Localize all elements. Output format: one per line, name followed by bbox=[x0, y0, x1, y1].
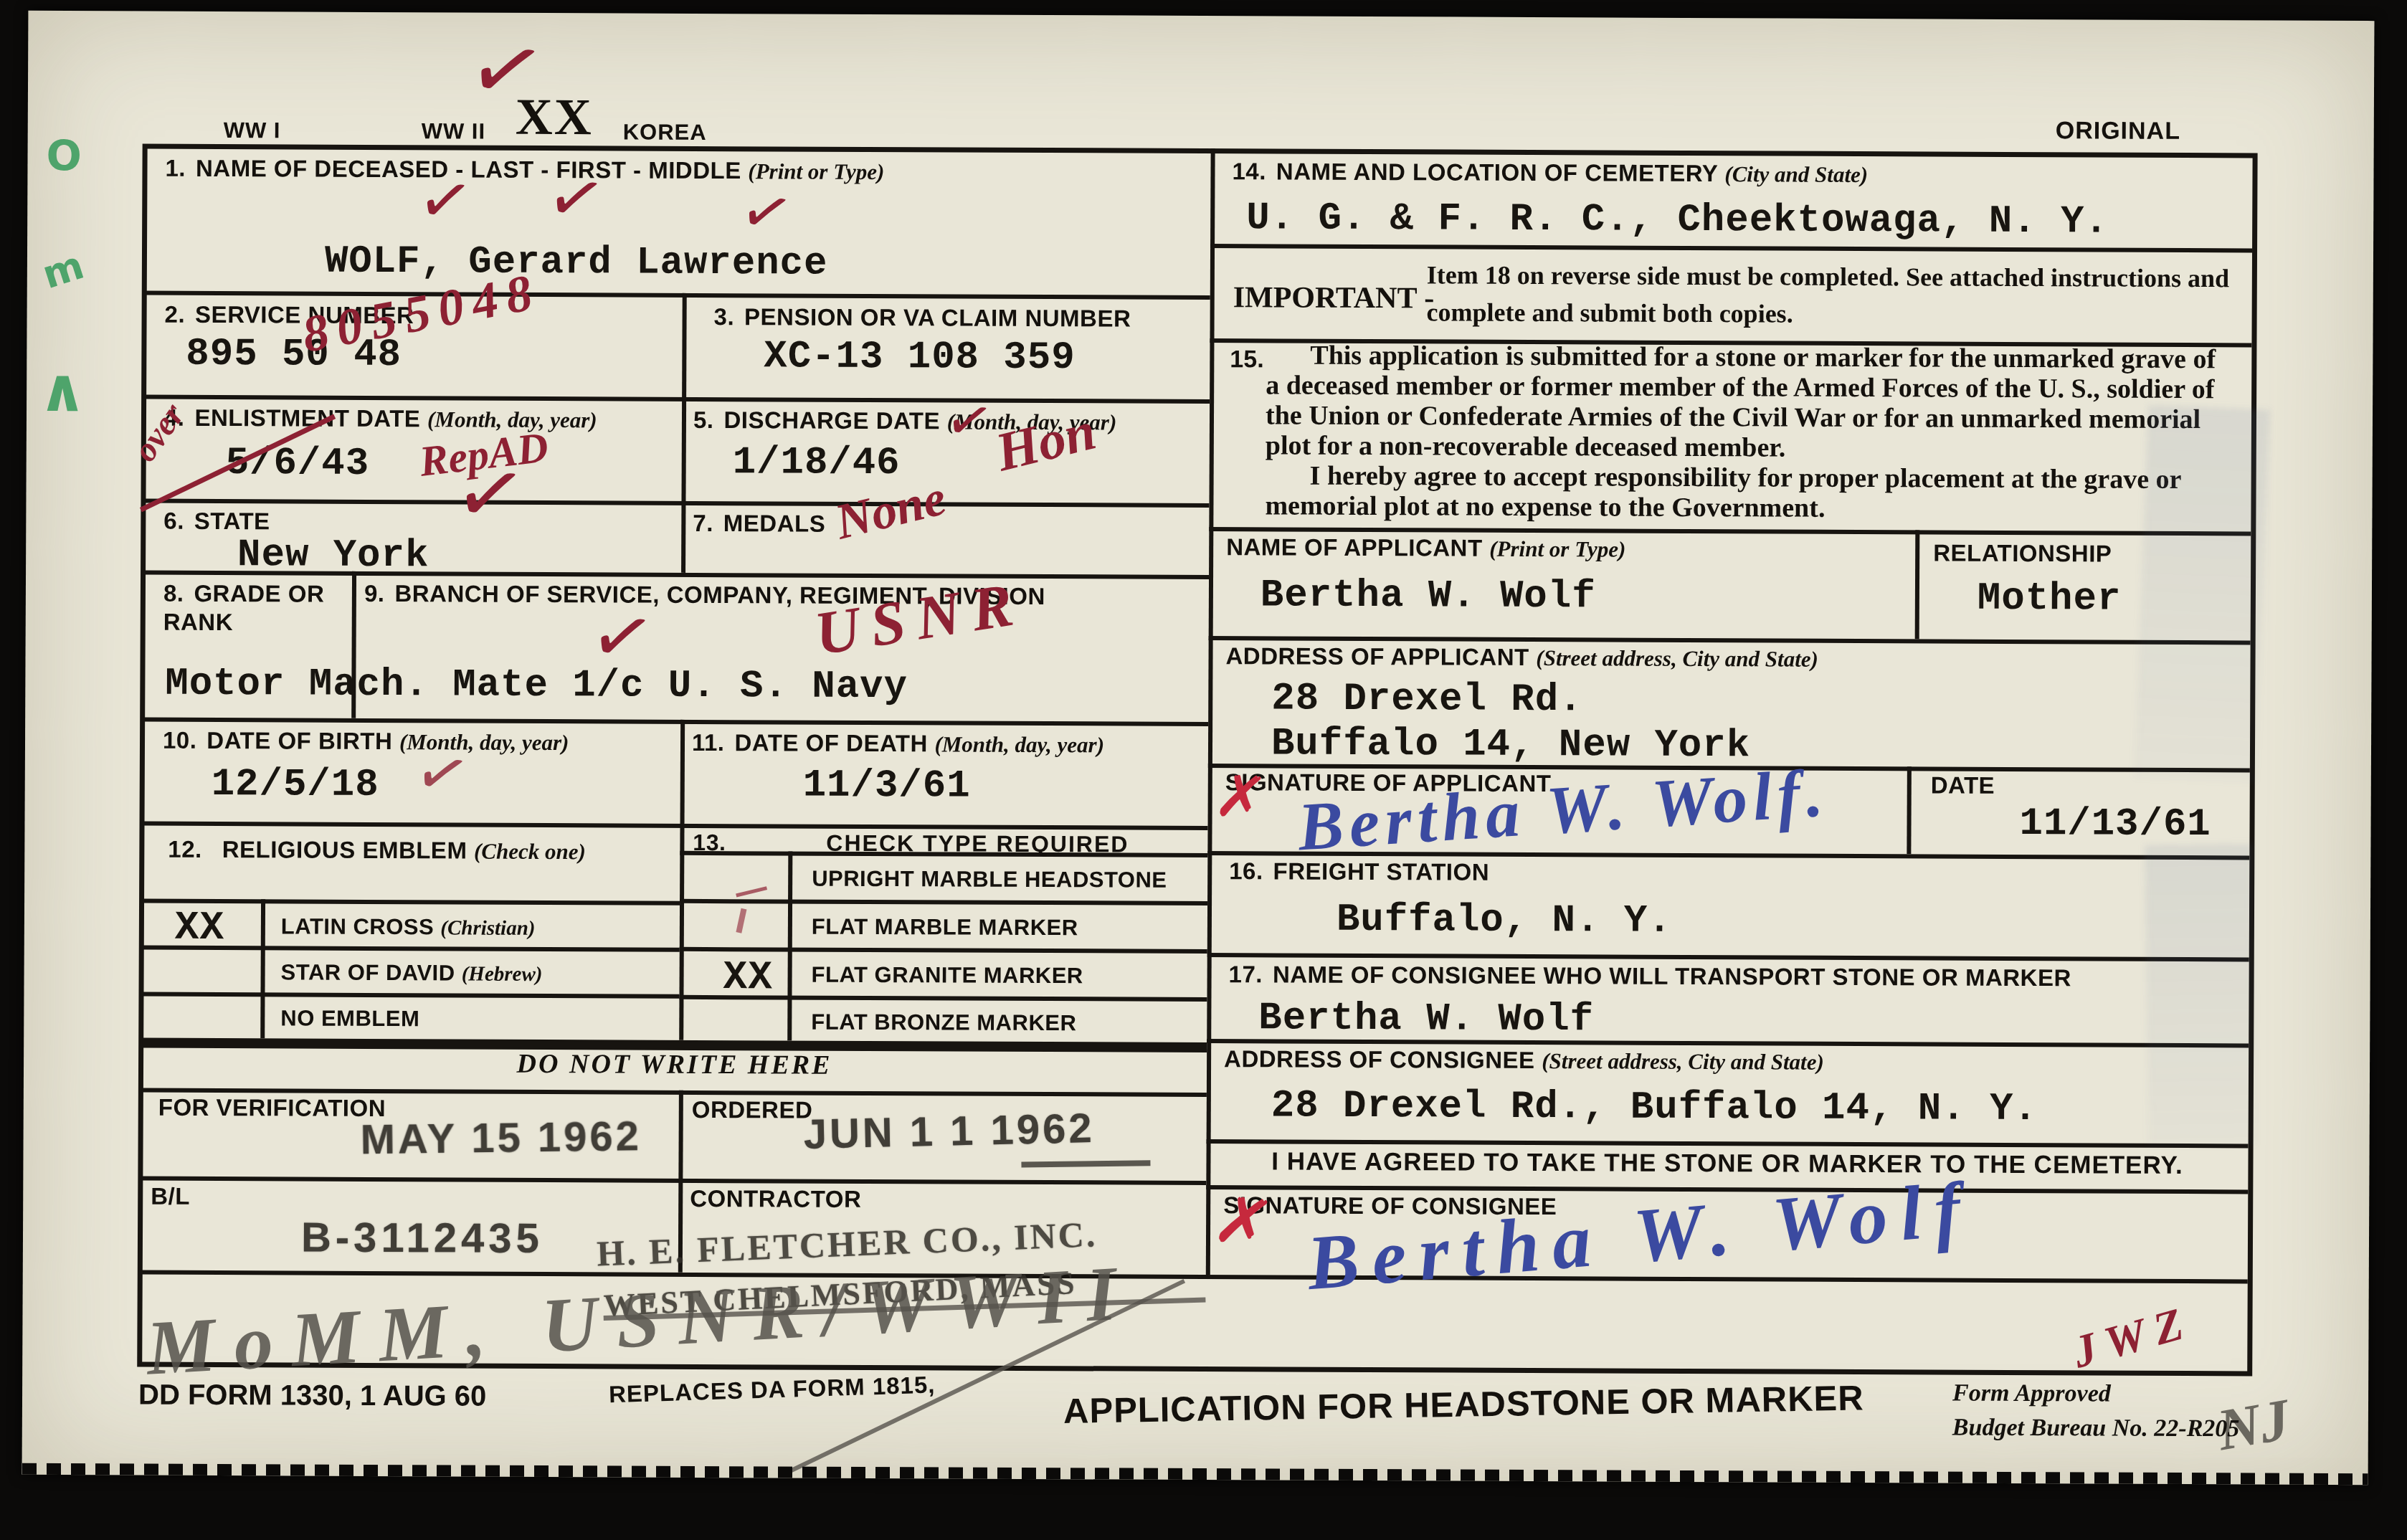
consignee-address-label: ADDRESS OF CONSIGNEE (Street address, Ci… bbox=[1224, 1045, 1824, 1075]
war-period-ww1-label: WW I bbox=[224, 118, 281, 143]
field-17-label: 17.NAME OF CONSIGNEE WHO WILL TRANSPORT … bbox=[1229, 961, 2071, 992]
marker-flat-granite-checkbox-mark: XX bbox=[723, 954, 772, 1000]
marker-option-text: FLAT MARBLE MARKER bbox=[812, 914, 1078, 941]
war-period-korea-label: KOREA bbox=[623, 119, 707, 146]
field-5-number: 5. bbox=[693, 407, 714, 433]
field-17-number: 17. bbox=[1229, 961, 1263, 987]
field-13-number-text: 13. bbox=[693, 830, 726, 855]
red-x-mark-icon: ✗ bbox=[1211, 764, 1271, 832]
field-17-value: Bertha W. Wolf bbox=[1258, 997, 1594, 1042]
field-6-number: 6. bbox=[163, 508, 184, 534]
field-16-number: 16. bbox=[1229, 857, 1263, 884]
field-7-label-text: MEDALS bbox=[723, 510, 826, 537]
field-12-hint: (Check one) bbox=[474, 839, 586, 865]
war-period-ww2-label: WW II bbox=[422, 118, 486, 144]
field-7-label: 7.MEDALS bbox=[693, 510, 825, 538]
field-3-label-text: PENSION OR VA CLAIM NUMBER bbox=[744, 303, 1131, 331]
field-15-number: 15. bbox=[1230, 344, 1263, 374]
do-not-write-here-label: DO NOT WRITE HERE bbox=[142, 1047, 1207, 1083]
original-copy-label: ORIGINAL bbox=[2056, 117, 2180, 146]
applicant-address-label-text: ADDRESS OF APPLICANT bbox=[1225, 642, 1529, 670]
field-11-value: 11/3/61 bbox=[803, 764, 971, 809]
marker-upright-marble-label: UPRIGHT MARBLE HEADSTONE bbox=[812, 866, 1167, 893]
field-8-number: 8. bbox=[163, 580, 184, 607]
consignee-address-hint: (Street address, City and State) bbox=[1542, 1048, 1824, 1075]
bl-number-stamp: B-3112435 bbox=[301, 1214, 543, 1263]
marker-option-text: FLAT GRANITE MARKER bbox=[812, 962, 1083, 989]
field-12-number: 12. bbox=[168, 836, 202, 862]
form-approved-line1: Form Approved bbox=[1952, 1379, 2111, 1410]
applicant-address-hint: (Street address, City and State) bbox=[1536, 645, 1818, 672]
applicant-address-label: ADDRESS OF APPLICANT (Street address, Ci… bbox=[1225, 642, 1818, 672]
grid-line bbox=[260, 899, 265, 1038]
field-17-label-text: NAME OF CONSIGNEE WHO WILL TRANSPORT STO… bbox=[1273, 961, 2071, 991]
marker-flat-bronze-label: FLAT BRONZE MARKER bbox=[811, 1009, 1076, 1037]
for-verification-text: FOR VERIFICATION bbox=[158, 1094, 386, 1121]
applicant-address-line2: Buffalo 14, New York bbox=[1271, 722, 1750, 768]
field-6-label: 6.STATE bbox=[163, 508, 270, 536]
field-16-label: 16.FREIGHT STATION bbox=[1229, 857, 1489, 886]
emblem-no-emblem-label: NO EMBLEM bbox=[280, 1005, 419, 1032]
form-paper: O m ∧ WW I WW II XX KOREA ORIGINAL ✓ 1.N… bbox=[22, 11, 2375, 1485]
field-12-label-text: RELIGIOUS EMBLEM bbox=[222, 836, 467, 863]
emblem-star-of-david-label: STAR OF DAVID (Hebrew) bbox=[281, 959, 543, 987]
relationship-label-text: RELATIONSHIP bbox=[1933, 539, 2112, 566]
field-13-label: CHECK TYPE REQUIRED bbox=[826, 830, 1129, 858]
consignee-address-value: 28 Drexel Rd., Buffalo 14, N. Y. bbox=[1271, 1084, 2038, 1131]
green-margin-mark: ∧ bbox=[38, 355, 87, 425]
red-checkmark-icon: ✓ bbox=[413, 164, 478, 237]
form-title: APPLICATION FOR HEADSTONE OR MARKER bbox=[1063, 1378, 1864, 1432]
field-10-label-text: DATE OF BIRTH bbox=[206, 727, 392, 754]
field-14-label-text: NAME AND LOCATION OF CEMETERY bbox=[1276, 158, 1718, 186]
field-16-label-text: FREIGHT STATION bbox=[1273, 857, 1490, 885]
emblem-latin-cross-label: LATIN CROSS (Christian) bbox=[281, 913, 536, 941]
emblem-option-hint: (Hebrew) bbox=[462, 963, 543, 986]
field-12-label: 12.RELIGIOUS EMBLEM (Check one) bbox=[168, 836, 586, 865]
verification-date-stamp: MAY 15 1962 bbox=[360, 1112, 642, 1164]
field-1-number: 1. bbox=[165, 155, 186, 181]
marker-option-text: UPRIGHT MARBLE HEADSTONE bbox=[812, 866, 1167, 893]
field-1-value: WOLF, Gerard Lawrence bbox=[325, 240, 828, 286]
ordered-date-stamp: JUN 1 1 1962 bbox=[803, 1104, 1095, 1159]
grid-line bbox=[1915, 530, 1920, 639]
ordered-label: ORDERED bbox=[692, 1096, 813, 1124]
applicant-address-line1: 28 Drexel Rd. bbox=[1271, 677, 1583, 722]
field-8-label-text: GRADE OR RANK bbox=[163, 580, 325, 635]
applicant-name-hint: (Print or Type) bbox=[1489, 536, 1625, 562]
emblem-option-text: NO EMBLEM bbox=[280, 1005, 419, 1031]
important-label: IMPORTANT - bbox=[1233, 282, 1435, 313]
for-verification-label: FOR VERIFICATION bbox=[158, 1094, 386, 1122]
applicant-name-value: Bertha W. Wolf bbox=[1261, 574, 1596, 619]
bl-label: B/L bbox=[151, 1183, 190, 1210]
field-11-number: 11. bbox=[692, 729, 725, 756]
contractor-label: CONTRACTOR bbox=[690, 1185, 861, 1213]
field-10-value: 12/5/18 bbox=[212, 763, 379, 807]
important-text: Item 18 on reverse side must be complete… bbox=[1427, 256, 2251, 334]
ink-bleed-through bbox=[2145, 844, 2256, 1146]
field-9-value: Motor Mach. Mate 1/c U. S. Navy bbox=[165, 662, 908, 710]
consignee-address-label-text: ADDRESS OF CONSIGNEE bbox=[1224, 1045, 1535, 1073]
ink-bleed-through bbox=[2134, 405, 2270, 782]
field-9-number: 9. bbox=[364, 580, 385, 607]
contractor-text: CONTRACTOR bbox=[690, 1185, 861, 1212]
applicant-name-label-text: NAME OF APPLICANT bbox=[1226, 533, 1483, 561]
ordered-text: ORDERED bbox=[692, 1096, 813, 1123]
field-5-value: 1/18/46 bbox=[733, 441, 901, 485]
grid-line bbox=[1907, 766, 1912, 854]
applicant-name-label: NAME OF APPLICANT (Print or Type) bbox=[1226, 533, 1625, 562]
date-label: DATE bbox=[1931, 771, 1995, 799]
field-14-label: 14.NAME AND LOCATION OF CEMETERY (City a… bbox=[1232, 158, 1868, 188]
emblem-option-hint: (Christian) bbox=[440, 916, 535, 940]
field-14-hint: (City and State) bbox=[1724, 161, 1868, 187]
replaces-form-note: REPLACES DA FORM 1815, bbox=[609, 1371, 936, 1408]
green-margin-mark: m bbox=[37, 242, 90, 298]
field-6-label-text: STATE bbox=[194, 508, 270, 534]
field-4-value: 5/6/43 bbox=[226, 442, 370, 486]
agreement-statement: I HAVE AGREED TO TAKE THE STONE OR MARKE… bbox=[1206, 1147, 2248, 1180]
form-approved-line2: Budget Bureau No. 22-R205 bbox=[1952, 1413, 2240, 1445]
field-3-value: XC-13 108 359 bbox=[764, 335, 1076, 380]
relationship-label: RELATIONSHIP bbox=[1933, 539, 2112, 567]
marker-option-text: FLAT BRONZE MARKER bbox=[811, 1009, 1076, 1036]
emblem-option-text: STAR OF DAVID bbox=[281, 959, 455, 985]
perforated-edge bbox=[22, 1463, 2368, 1485]
field-14-value: U. G. & F. R. C., Cheektowaga, N. Y. bbox=[1246, 196, 2109, 244]
green-margin-mark: O bbox=[46, 131, 82, 180]
field-2-number: 2. bbox=[165, 301, 186, 328]
field-5-label-text: DISCHARGE DATE bbox=[723, 407, 940, 434]
grid-line bbox=[787, 852, 792, 1041]
field-15-paragraph-1: This application is submitted for a ston… bbox=[1266, 340, 2231, 465]
field-13-number: 13. bbox=[693, 830, 726, 856]
bl-text: B/L bbox=[151, 1183, 190, 1209]
emblem-option-text: LATIN CROSS bbox=[281, 913, 434, 939]
red-checkmark-icon: ✓ bbox=[448, 446, 533, 542]
form-identifier: DD FORM 1330, 1 AUG 60 bbox=[138, 1379, 487, 1413]
field-14-number: 14. bbox=[1232, 158, 1266, 184]
date-label-text: DATE bbox=[1931, 771, 1995, 798]
field-15-paragraph-2: I hereby agree to accept responsibility … bbox=[1265, 460, 2229, 525]
relationship-value: Mother bbox=[1978, 577, 2122, 622]
field-8-label: 8.GRADE OR RANK bbox=[163, 579, 336, 637]
marker-flat-granite-label: FLAT GRANITE MARKER bbox=[812, 962, 1083, 989]
scanned-document-page: O m ∧ WW I WW II XX KOREA ORIGINAL ✓ 1.N… bbox=[0, 0, 2407, 1540]
emblem-latin-cross-checkbox-mark: XX bbox=[175, 905, 224, 951]
field-11-label-text: DATE OF DEATH bbox=[735, 729, 928, 756]
field-3-number: 3. bbox=[714, 303, 735, 330]
field-10-number: 10. bbox=[163, 727, 197, 754]
field-16-value: Buffalo, N. Y. bbox=[1337, 898, 1672, 944]
field-13-label-text: CHECK TYPE REQUIRED bbox=[826, 830, 1129, 857]
field-7-number: 7. bbox=[693, 510, 713, 536]
marker-flat-marble-label: FLAT MARBLE MARKER bbox=[812, 914, 1078, 941]
field-11-label: 11.DATE OF DEATH (Month, day, year) bbox=[692, 729, 1104, 759]
date-value: 11/13/61 bbox=[2019, 802, 2211, 847]
field-6-value: New York bbox=[237, 533, 429, 578]
field-11-hint: (Month, day, year) bbox=[934, 731, 1104, 757]
field-3-label: 3.PENSION OR VA CLAIM NUMBER bbox=[714, 303, 1131, 333]
field-10-label: 10.DATE OF BIRTH (Month, day, year) bbox=[163, 727, 569, 756]
